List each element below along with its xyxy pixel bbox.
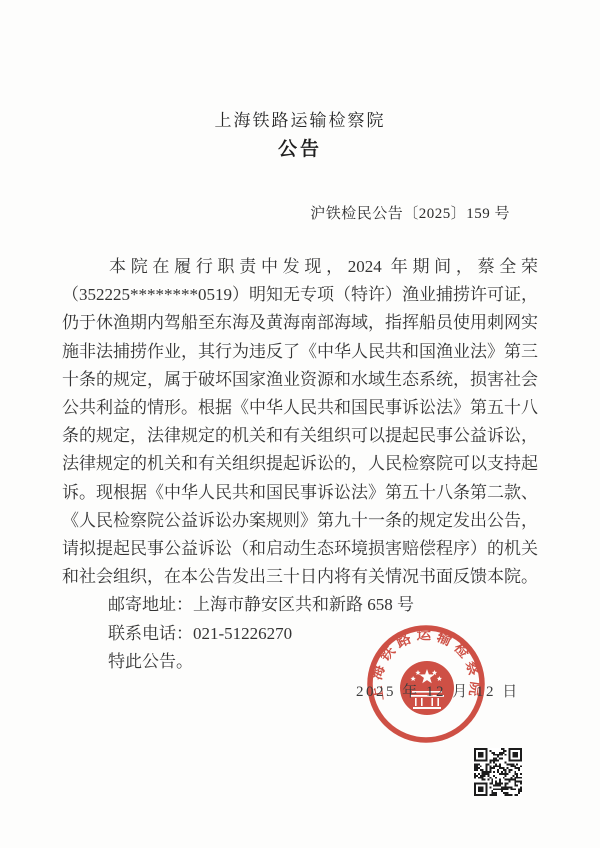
body-paragraph: 本院在履行职责中发现，2024 年期间，蔡全荣（352225********05…	[62, 253, 538, 591]
mailing-address: 邮寄地址：上海市静安区共和新路 658 号	[62, 591, 538, 619]
issue-date: 2025 年 12 月 12 日	[356, 680, 520, 701]
doc-title: 公告	[0, 134, 600, 161]
qr-code	[474, 748, 522, 796]
doc-number: 沪铁检民公告〔2025〕159 号	[310, 202, 510, 223]
org-name: 上海铁路运输检察院	[0, 106, 600, 131]
body-block: 本院在履行职责中发现，2024 年期间，蔡全荣（352225********05…	[62, 253, 538, 676]
announcement-document: 上海铁路运输检察院 公告 沪铁检民公告〔2025〕159 号 本院在履行职责中发…	[0, 0, 600, 848]
qr-code-canvas	[474, 748, 522, 796]
